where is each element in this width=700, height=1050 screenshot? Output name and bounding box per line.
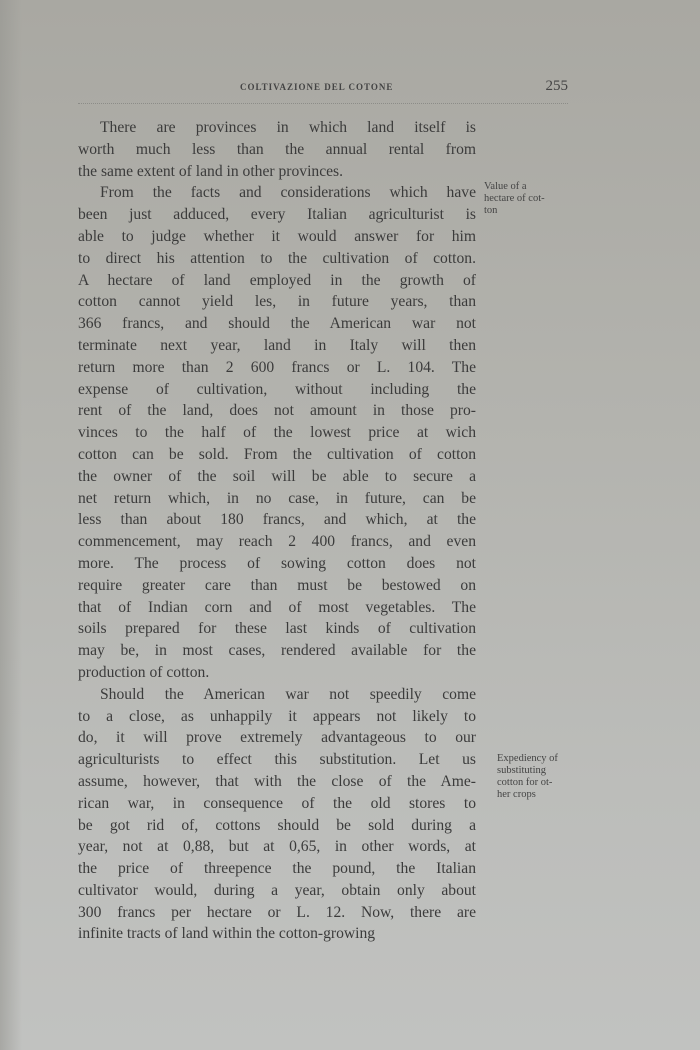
text-line: commencement, may reach 2 400 francs, an… — [78, 531, 476, 553]
text-line: may be, in most cases, rendered availabl… — [78, 640, 476, 662]
sidenote-line: her crops — [497, 789, 593, 801]
text-line: less than about 180 francs, and which, a… — [78, 509, 476, 531]
text-line: cultivator would, during a year, obtain … — [78, 880, 476, 902]
text-line: the price of threepence the pound, the I… — [78, 858, 476, 880]
header-rule — [78, 103, 568, 104]
text-line: to direct his attention to the cultivati… — [78, 248, 476, 270]
body-text: There are provinces in which land itself… — [78, 117, 476, 945]
text-line: 300 francs per hectare or L. 12. Now, th… — [78, 902, 476, 924]
page-gutter-shadow — [0, 0, 22, 1050]
sidenote-expediency: Expediency ofsubstitutingcotton for ot-h… — [497, 753, 593, 801]
text-line: production of cotton. — [78, 662, 476, 684]
text-line: assume, however, that with the close of … — [78, 771, 476, 793]
text-line: rican war, in consequence of the old sto… — [78, 793, 476, 815]
paragraph: Should the American war not speedily com… — [78, 684, 476, 946]
text-line: vinces to the half of the lowest price a… — [78, 422, 476, 444]
sidenote-value-of-hectare: Value of ahectare of cot-ton — [484, 181, 580, 217]
paragraph: There are provinces in which land itself… — [78, 117, 476, 182]
text-line: to a close, as unhappily it appears not … — [78, 706, 476, 728]
text-line: soils prepared for these last kinds of c… — [78, 618, 476, 640]
text-line: that of Indian corn and of most vegetabl… — [78, 597, 476, 619]
running-title: COLTIVAZIONE DEL COTONE — [240, 82, 393, 92]
running-head: COLTIVAZIONE DEL COTONE 255 — [78, 78, 568, 106]
sidenote-line: hectare of cot- — [484, 193, 580, 205]
text-line: 366 francs, and should the American war … — [78, 313, 476, 335]
text-line: cotton can be sold. From the cultivation… — [78, 444, 476, 466]
text-line: year, not at 0,88, but at 0,65, in other… — [78, 836, 476, 858]
text-line: rent of the land, does not amount in tho… — [78, 400, 476, 422]
paragraph: From the facts and considerations which … — [78, 182, 476, 683]
text-line: able to judge whether it would answer fo… — [78, 226, 476, 248]
text-line: Should the American war not speedily com… — [78, 684, 476, 706]
text-line: From the facts and considerations which … — [78, 182, 476, 204]
text-line: more. The process of sowing cotton does … — [78, 553, 476, 575]
text-line: expense of cultivation, without includin… — [78, 379, 476, 401]
text-line: been just adduced, every Italian agricul… — [78, 204, 476, 226]
text-line: infinite tracts of land within the cotto… — [78, 923, 476, 945]
sidenote-line: cotton for ot- — [497, 777, 593, 789]
text-line: require greater care than must be bestow… — [78, 575, 476, 597]
page-number: 255 — [546, 78, 569, 95]
text-line: the owner of the soil will be able to se… — [78, 466, 476, 488]
text-line: A hectare of land employed in the growth… — [78, 270, 476, 292]
sidenote-line: ton — [484, 205, 580, 217]
text-line: agriculturists to effect this substituti… — [78, 749, 476, 771]
sidenote-line: substituting — [497, 765, 593, 777]
text-line: cotton cannot yield les, in future years… — [78, 291, 476, 313]
text-line: terminate next year, land in Italy will … — [78, 335, 476, 357]
text-line: worth much less than the annual rental f… — [78, 139, 476, 161]
text-line: net return which, in no case, in future,… — [78, 488, 476, 510]
text-line: do, it will prove extremely advantageous… — [78, 727, 476, 749]
sidenote-line: Expediency of — [497, 753, 593, 765]
text-line: the same extent of land in other provinc… — [78, 161, 476, 183]
sidenote-line: Value of a — [484, 181, 580, 193]
text-line: be got rid of, cottons should be sold du… — [78, 815, 476, 837]
text-line: return more than 2 600 francs or L. 104.… — [78, 357, 476, 379]
text-line: There are provinces in which land itself… — [78, 117, 476, 139]
